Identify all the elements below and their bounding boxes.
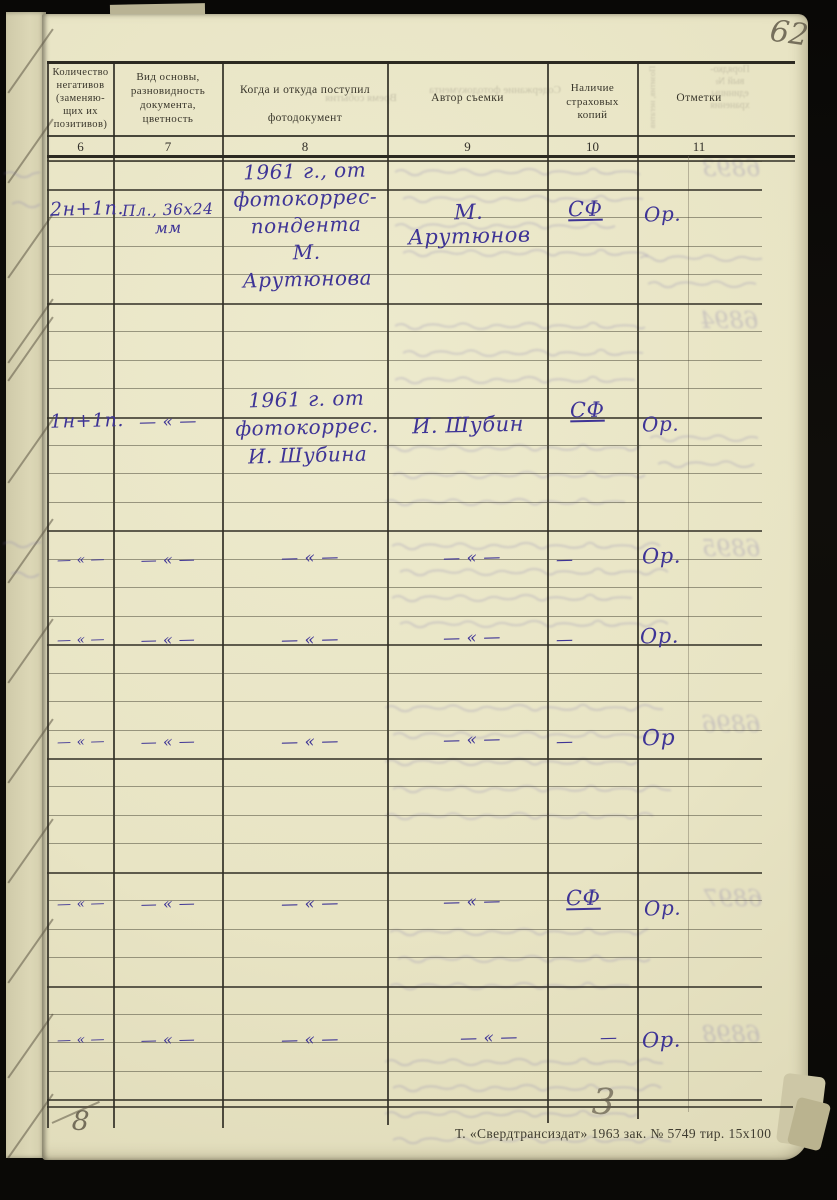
column-number-11: 11 [640, 139, 758, 155]
ruled-line [47, 274, 762, 275]
page-number: 62 [768, 14, 811, 54]
entry-1-quantity: 2н+1п. [50, 197, 115, 221]
entry-5-film-type: — « — [118, 731, 218, 752]
column-header-9: Автор съемки [389, 92, 546, 104]
bleed-header-order-number: Порядко- вый № единицы хранения [694, 64, 766, 112]
ruled-line [47, 161, 762, 162]
ruled-line [47, 843, 762, 844]
column-header-6: Количество негативов (заменяю- щих их по… [49, 66, 112, 131]
bleed-through-stroke [392, 592, 660, 604]
bleed-through-stroke [648, 278, 770, 290]
ruled-line [47, 331, 762, 332]
bleed-through-stroke [385, 810, 663, 822]
entry-6-author: — « — [404, 890, 540, 913]
entry-6-source: — « — [240, 892, 380, 915]
ruled-line [47, 1099, 762, 1101]
entry-2-quantity: 1н+1п. [50, 409, 115, 433]
ruled-line [47, 530, 762, 532]
entry-1-film-type: Пл., 36х24 мм [114, 200, 223, 239]
entry-4-source: — « — [240, 628, 380, 651]
ruled-line [47, 1014, 762, 1015]
ruled-line [47, 701, 762, 702]
entry-2-notes: Ор. [642, 412, 680, 437]
entry-2-source: 1961 г. от фотокоррес. И. Шубина [227, 383, 387, 471]
ruled-line [47, 303, 762, 305]
ruled-line [47, 872, 762, 874]
ruled-line [47, 673, 762, 674]
entry-6-insurance-copy: СФ [566, 886, 601, 911]
bleed-through-stroke [385, 442, 640, 454]
ruled-line [47, 388, 762, 389]
entry-4-insurance-copy: — [556, 630, 574, 650]
ruled-line [47, 502, 762, 503]
entry-3-notes: Ор. [642, 544, 681, 569]
bleed-through-stroke [640, 252, 762, 264]
column-number-8: 8 [224, 139, 386, 155]
entry-6-film-type: — « — [118, 893, 218, 914]
bleed-through-stroke [385, 702, 663, 714]
entry-4-film-type: — « — [118, 629, 218, 650]
bleed-number: 6898 [700, 1022, 762, 1048]
entry-7-notes: Ор. [642, 1028, 681, 1053]
bleed-through-stroke [658, 458, 766, 470]
printer-imprint: Т. «Свердтрансиздат» 1963 зак. № 5749 ти… [455, 1126, 771, 1142]
column-number-9: 9 [389, 139, 546, 155]
ruled-line [47, 929, 762, 930]
bleed-number: 6894 [698, 308, 760, 334]
entry-1-notes: Ор. [644, 202, 682, 227]
bleed-through-stroke [403, 247, 648, 259]
entry-1-author: М. Арутюнов [393, 198, 544, 250]
entry-7-insurance-copy: — [600, 1028, 618, 1048]
column-number-10: 10 [549, 139, 636, 155]
entry-5-source: — « — [240, 730, 380, 753]
ruled-line [47, 360, 762, 361]
entry-1-source: 1961 г., от фотокоррес- пондента М. Арут… [224, 156, 387, 295]
bleed-through-stroke [393, 1082, 671, 1094]
column-header-7: Вид основы, разновидность документа, цве… [115, 70, 221, 126]
column-header-11: Отметки [640, 92, 758, 104]
ruled-line [47, 1071, 762, 1072]
column-header-10: Наличие страховых копий [549, 82, 636, 123]
entry-2-film-type: — « — [118, 411, 218, 433]
ruled-line [47, 473, 762, 474]
entry-3-insurance-copy: — [556, 550, 574, 570]
column-number-6: 6 [49, 139, 112, 155]
entry-3-source: — « — [240, 546, 380, 569]
bleed-through-stroke [393, 469, 648, 481]
ruled-line [47, 758, 762, 760]
bleed-through-stroke [385, 1108, 663, 1120]
entry-5-quantity: — « — [48, 733, 114, 751]
entry-7-author: — « — [404, 1026, 574, 1050]
bleed-through-stroke [403, 347, 653, 359]
bleed-number: 6896 [700, 712, 762, 738]
ruled-line [47, 616, 762, 617]
pencil-mark-bottom-left: 8 [71, 1105, 90, 1137]
entry-3-film-type: — « — [118, 549, 218, 570]
column-header-8: Когда и откуда поступил фотодокумент [224, 76, 386, 132]
bleed-through-stroke [395, 166, 640, 178]
bleed-through-stroke [3, 538, 41, 550]
ruled-line [47, 957, 762, 958]
entry-5-author: — « — [404, 728, 540, 751]
entry-7-quantity: — « — [48, 1031, 114, 1049]
bleed-through-stroke [393, 783, 671, 795]
entry-2-author: И. Шубин [398, 411, 539, 438]
entry-4-quantity: — « — [48, 631, 114, 649]
bleed-number: 6897 [702, 886, 764, 912]
bleed-through-stroke [395, 374, 645, 386]
ruled-line [47, 445, 762, 446]
entry-5-insurance-copy: — [556, 732, 574, 752]
column-number-7: 7 [115, 139, 221, 155]
entry-2-insurance-copy: СФ [570, 398, 605, 423]
bleed-through-stroke [385, 1056, 663, 1068]
bleed-through-stroke [398, 953, 656, 965]
entry-7-source: — « — [240, 1028, 380, 1051]
ruled-line [47, 986, 762, 988]
entry-3-author: — « — [404, 546, 540, 569]
previous-page-edge [6, 12, 46, 1158]
entry-6-quantity: — « — [48, 895, 114, 913]
ruled-line [47, 587, 762, 588]
entry-5-notes: Ор [642, 726, 676, 752]
entry-4-author: — « — [404, 626, 540, 649]
bleed-through-stroke [12, 198, 48, 210]
entry-1-insurance-copy: СФ [568, 197, 603, 222]
pencil-mark-bottom-center: 3 [591, 1081, 616, 1123]
entry-7-film-type: — « — [118, 1029, 218, 1050]
ruled-line [47, 189, 762, 191]
bleed-through-stroke [4, 168, 40, 180]
entry-4-notes: Ор. [640, 624, 679, 649]
ruled-line [47, 815, 762, 816]
bleed-through-stroke [11, 568, 49, 580]
ruled-line [47, 786, 762, 787]
entry-6-notes: Ор. [644, 896, 682, 921]
bleed-through-stroke [395, 320, 645, 332]
entry-3-quantity: — « — [48, 551, 114, 569]
scanned-ledger-photo: Время события Содержание фотодокумента П… [0, 0, 837, 1200]
